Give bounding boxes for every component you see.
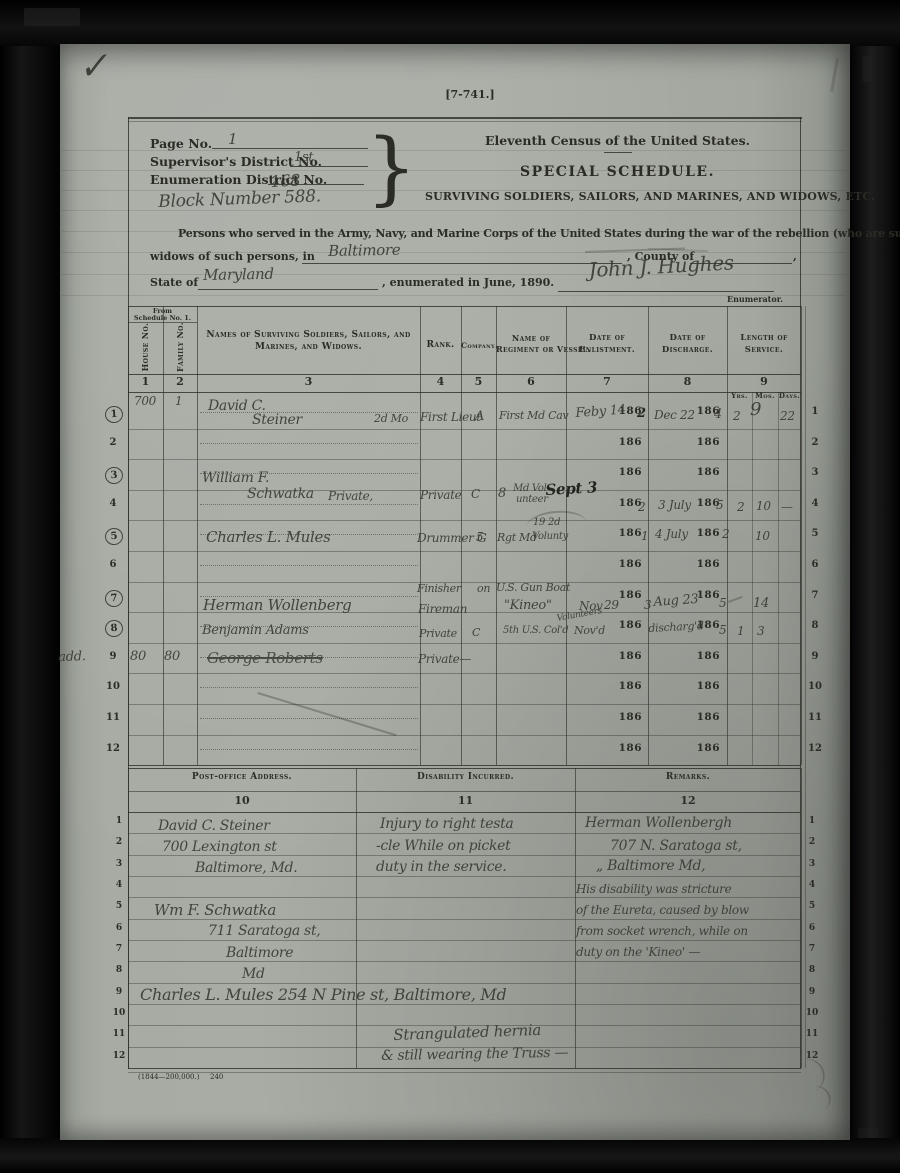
- handwritten-entry: 700 Lexington st: [162, 839, 277, 855]
- name-writing-line: [200, 504, 418, 505]
- table-vline: [801, 306, 802, 765]
- handwritten-entry: Private: [420, 488, 461, 502]
- film-artifact: [862, 56, 872, 82]
- handwritten-entry: 29: [604, 598, 619, 612]
- handwritten-entry: 14: [753, 596, 769, 611]
- handwritten-entry: C: [471, 487, 480, 501]
- handwritten-entry: 4: [714, 407, 722, 422]
- handwritten-entry: Rgt Md: [497, 531, 537, 544]
- handwritten-entry: unteer: [516, 494, 548, 505]
- handwritten-entry: Schwatka: [247, 486, 314, 502]
- column-number: 6: [496, 375, 566, 388]
- col-header-enlist-line1: Date of: [566, 333, 648, 343]
- handwritten-entry: Md: [242, 966, 265, 982]
- col-header-names-line1: Names of Surviving Soldiers, Sailors, an…: [197, 330, 420, 340]
- lower-hline: [128, 791, 801, 792]
- col-header-regiment-line2: Regiment or Vessel.: [496, 344, 566, 354]
- table-hline: [128, 392, 801, 393]
- title-rule: [604, 152, 632, 153]
- lower-row-number-left: 4: [112, 880, 126, 890]
- col-header-house-no: House No.: [140, 317, 150, 377]
- intro-line3-pre: State of: [150, 276, 198, 289]
- scan-ruling-line: [62, 170, 846, 171]
- scan-ruling-line: [62, 150, 846, 151]
- scan-ruling-line: [62, 210, 846, 211]
- row-number-left: 11: [103, 712, 123, 723]
- lower-row-line: [128, 1004, 801, 1005]
- printed-year-enlist: 186: [600, 680, 642, 692]
- table-vline: [752, 392, 753, 765]
- lower-column-number: 12: [575, 794, 801, 807]
- scan-ruling-line: [62, 295, 846, 296]
- lower-row-line: [128, 961, 801, 962]
- lower-row-number-right: 11: [804, 1029, 820, 1039]
- handwritten-entry: 3: [644, 598, 651, 612]
- table-row-line: [128, 490, 801, 491]
- col-header-regiment-line1: Name of: [496, 333, 566, 343]
- handwritten-entry: First Lieut: [420, 410, 481, 424]
- printed-year-discharge: 186: [680, 742, 720, 754]
- printed-year-enlist: 186: [600, 619, 642, 631]
- handwritten-entry: William F.: [202, 470, 269, 486]
- printed-year-enlist: 186: [600, 711, 642, 723]
- handwritten-entry: Benjamin Adams: [202, 623, 309, 638]
- table-row-line: [128, 582, 801, 583]
- column-number: 2: [163, 375, 197, 388]
- column-number: 9: [727, 375, 801, 388]
- handwritten-entry: U.S. Gun Boat: [496, 581, 570, 594]
- printed-year-discharge: 186: [680, 711, 720, 723]
- table-row-line: [128, 429, 801, 430]
- handwritten-entry: 3 July: [658, 498, 691, 512]
- printed-year-discharge: 186: [680, 466, 720, 478]
- header-brace: }: [366, 128, 417, 208]
- handwritten-entry: George Roberts: [207, 649, 323, 667]
- handwritten-entry: Finisher: [417, 582, 461, 595]
- lower-row-number-right: 1: [804, 816, 820, 826]
- lower-row-number-right: 3: [804, 859, 820, 869]
- film-edge-left: [0, 0, 62, 1173]
- table-row-line: [128, 520, 801, 521]
- scan-ruling-line: [62, 231, 846, 232]
- lower-row-number-right: 8: [804, 965, 820, 975]
- handwritten-entry: 80: [130, 649, 146, 664]
- handwritten-entry: Nov'd: [574, 624, 605, 637]
- handwritten-entry: Private—: [418, 652, 471, 666]
- lower-row-number-right: 4: [804, 880, 820, 890]
- table-hline: [128, 322, 197, 323]
- printed-year-discharge: 186: [680, 436, 720, 448]
- col-header-company: Company.: [461, 341, 496, 350]
- handwritten-entry: Baltimore, Md.: [195, 860, 297, 876]
- printed-year-enlist: 186: [600, 742, 642, 754]
- row-number-left: 10: [103, 681, 123, 692]
- column-number: 8: [648, 375, 727, 388]
- table-hline: [128, 765, 801, 766]
- handwritten-entry: Charles L. Mules 254 N Pine st, Baltimor…: [140, 985, 506, 1004]
- scan-ruling-line: [62, 274, 846, 275]
- lower-hline: [128, 768, 801, 769]
- row-number-right: 4: [806, 498, 824, 509]
- schedule-title: SPECIAL SCHEDULE.: [425, 164, 810, 180]
- handwritten-entry: duty in the service.: [376, 859, 506, 875]
- lower-vline: [801, 768, 802, 1068]
- name-writing-line: [200, 718, 418, 719]
- scan-ruling-line: [62, 190, 846, 191]
- film-edge-right: [848, 0, 900, 1173]
- handwritten-entry: His disability was stricture: [576, 882, 731, 896]
- handwritten-entry: 2: [637, 406, 646, 421]
- state-blank: [198, 289, 378, 290]
- form-number: [7-741.]: [420, 88, 520, 101]
- lower-row-number-left: 10: [112, 1008, 126, 1018]
- lower-row-number-left: 9: [112, 987, 126, 997]
- row-number-left: 4: [103, 498, 123, 509]
- city-blank: [302, 263, 622, 264]
- handwritten-entry: 80: [164, 649, 180, 664]
- printed-year-discharge: 186: [680, 680, 720, 692]
- census-title: Eleventh Census of the United States.: [425, 133, 810, 148]
- col-header-discharge-line1: Date of: [648, 333, 727, 343]
- handwritten-entry: 22: [780, 409, 795, 423]
- lower-row-number-left: 3: [112, 859, 126, 869]
- handwritten-entry: 700: [134, 394, 156, 408]
- lower-row-number-left: 2: [112, 837, 126, 847]
- lower-row-line: [128, 897, 801, 898]
- lower-column-number: 11: [356, 794, 575, 807]
- handwritten-entry: 2: [722, 527, 729, 541]
- handwritten-entry: & still wearing the Truss —: [381, 1045, 568, 1064]
- census-scan-page: [7-741.] Page No. Supervisor's District …: [0, 0, 900, 1173]
- supervisor-district-blank: [290, 166, 368, 167]
- table-row-line: [128, 704, 801, 705]
- lower-row-number-right: 10: [804, 1008, 820, 1018]
- handwritten-entry: 5th U.S. Col'd: [503, 625, 568, 636]
- row-number-left: 12: [103, 743, 123, 754]
- table-vline: [778, 392, 779, 765]
- film-artifact: [24, 8, 80, 26]
- name-writing-line: [200, 749, 418, 750]
- handwritten-entry: of the Eureta, caused by blow: [576, 903, 749, 917]
- handwritten-entry: Fireman: [418, 602, 467, 616]
- handwritten-entry: Wm F. Schwatka: [154, 901, 276, 919]
- printed-year-discharge: 186: [680, 650, 720, 662]
- handwritten-entry: 1st: [294, 150, 313, 165]
- col-header-names-line2: Marines, and Widows.: [197, 342, 420, 352]
- handwritten-entry: Aug 23: [653, 592, 699, 610]
- film-edge-top: [0, 0, 900, 46]
- handwritten-entry: "Kineo": [504, 598, 552, 613]
- table-row-line: [128, 643, 801, 644]
- handwritten-entry: 1: [228, 130, 237, 148]
- row-number-right: 11: [806, 712, 824, 723]
- handwritten-entry: 5: [716, 498, 723, 512]
- table-hline: [128, 306, 801, 307]
- film-edge-bottom: [0, 1138, 900, 1173]
- lower-row-number-left: 6: [112, 923, 126, 933]
- col-header-service-line1: Length of: [727, 333, 801, 343]
- column-number: 5: [461, 375, 496, 388]
- lower-row-number-right: 5: [804, 901, 820, 911]
- row-number-right: 8: [806, 620, 824, 631]
- row-number-right: 10: [806, 681, 824, 692]
- lower-header-address: Post-office Address.: [128, 772, 356, 782]
- page-no-blank: [212, 148, 368, 149]
- column-number: 1: [128, 375, 163, 388]
- lower-hline: [128, 812, 801, 813]
- handwritten-entry: David C. Steiner: [158, 818, 270, 834]
- lower-row-line: [128, 876, 801, 877]
- printed-year-discharge: 186: [680, 558, 720, 570]
- handwritten-entry: on: [477, 582, 490, 595]
- table-row-line: [128, 551, 801, 552]
- handwritten-entry: Charles L. Mules: [206, 528, 330, 546]
- handwritten-entry: 5: [719, 596, 726, 610]
- col-header-rank: Rank.: [420, 340, 461, 350]
- handwritten-entry: 3: [757, 624, 764, 638]
- row-number-right: 1: [806, 406, 824, 417]
- handwritten-entry: 4 July: [655, 527, 688, 541]
- lower-row-number-left: 5: [112, 901, 126, 911]
- handwritten-entry: A: [475, 409, 484, 424]
- row-number-right: 2: [806, 437, 824, 448]
- print-code: (1844—200,000.): [138, 1073, 199, 1081]
- intro-line1: Persons who served in the Army, Navy, an…: [178, 227, 900, 240]
- row-number-right: 3: [806, 467, 824, 478]
- lower-row-number-right: 6: [804, 923, 820, 933]
- handwritten-entry: First Md Cav: [499, 409, 568, 422]
- handwritten-entry: from socket wrench, while on: [576, 924, 748, 938]
- schedule-subtitle: SURVIVING SOLDIERS, SAILORS, AND MARINES…: [425, 190, 810, 203]
- lower-column-number: 10: [128, 794, 356, 807]
- table-row-line: [128, 673, 801, 674]
- handwritten-entry: 8: [498, 486, 506, 501]
- handwritten-entry: 2: [638, 500, 645, 514]
- col-header-family-no: Family No.: [175, 317, 185, 377]
- col-header-enlist-line2: Enlistment.: [566, 345, 648, 355]
- row-number-left: 9: [103, 651, 123, 662]
- lower-row-number-left: 7: [112, 944, 126, 954]
- handwritten-entry: 707 N. Saratoga st,: [610, 838, 742, 854]
- printed-year-enlist: 186: [600, 466, 642, 478]
- lower-hline: [128, 1072, 801, 1073]
- printed-year-enlist: 186: [600, 436, 642, 448]
- col-header-service-line2: Service.: [727, 345, 801, 355]
- name-writing-line: [200, 443, 418, 444]
- handwritten-entry: ✓: [76, 45, 110, 89]
- column-number: 7: [566, 375, 648, 388]
- lower-row-line: [128, 983, 801, 984]
- row-number-left: 2: [103, 437, 123, 448]
- handwritten-entry: -cle While on picket: [376, 838, 510, 854]
- handwritten-entry: duty on the 'Kineo' —: [576, 945, 700, 959]
- page-no-label: Page No.: [150, 136, 212, 151]
- row-number-right: 7: [806, 590, 824, 601]
- handwritten-entry: Baltimore: [328, 241, 401, 260]
- handwritten-entry: Private,: [328, 489, 373, 503]
- handwritten-entry: Steiner: [252, 412, 302, 428]
- handwritten-entry: 2: [733, 409, 740, 423]
- signature-rule: [558, 291, 774, 292]
- handwritten-entry: 5: [476, 530, 483, 544]
- lower-header-remarks: Remarks.: [575, 772, 801, 782]
- name-writing-line: [200, 687, 418, 688]
- row-number-right: 5: [806, 528, 824, 539]
- handwritten-entry: 2: [737, 500, 744, 514]
- handwritten-entry: Injury to right testa: [380, 816, 513, 832]
- scan-ruling-line: [62, 252, 846, 253]
- table-row-line: [128, 459, 801, 460]
- row-number-right: 6: [806, 559, 824, 570]
- handwritten-entry: Herman Wollenberg: [203, 596, 351, 614]
- handwritten-entry: 1: [641, 529, 648, 543]
- handwritten-entry: „ Baltimore Md,: [596, 858, 705, 874]
- printed-year-enlist: 186: [600, 558, 642, 570]
- printed-year-enlist: 186: [600, 527, 642, 539]
- lower-row-number-right: 2: [804, 837, 820, 847]
- handwritten-entry: 2d Mo: [374, 412, 408, 425]
- handwritten-entry: Dec 22: [654, 408, 695, 422]
- lower-row-number-left: 12: [112, 1051, 126, 1061]
- handwritten-entry: 10: [756, 499, 771, 513]
- lower-hline: [128, 1068, 801, 1069]
- handwritten-entry: 9: [750, 399, 761, 420]
- handwritten-entry: 10: [755, 529, 770, 543]
- handwritten-entry: Baltimore: [226, 945, 293, 961]
- handwritten-entry: 711 Saratoga st,: [208, 923, 320, 939]
- handwritten-entry: Volunty: [532, 531, 568, 542]
- intro-line3-mid: , enumerated in June, 1890.: [382, 276, 554, 289]
- film-artifact: [858, 1128, 878, 1138]
- lower-row-number-right: 9: [804, 987, 820, 997]
- lower-row-number-right: 7: [804, 944, 820, 954]
- table-row-line: [128, 735, 801, 736]
- lower-row-line: [128, 940, 801, 941]
- handwritten-entry: Md Vol-: [513, 483, 550, 494]
- box-border: [128, 121, 802, 122]
- lower-row-number-left: 1: [112, 816, 126, 826]
- row-number-right: 9: [806, 651, 824, 662]
- column-number: 3: [197, 375, 420, 388]
- handwritten-entry: C: [472, 626, 480, 639]
- handwritten-entry: 1: [737, 624, 744, 638]
- row-number-right: 12: [806, 743, 824, 754]
- printed-year-enlist: 186: [600, 650, 642, 662]
- handwritten-entry: add.: [58, 649, 86, 665]
- col-header-discharge-line2: Discharge.: [648, 345, 727, 355]
- box-border: [128, 117, 802, 119]
- handwritten-entry: Sept 3: [545, 478, 598, 499]
- name-writing-line: [200, 565, 418, 566]
- column-number: 4: [420, 375, 461, 388]
- handwritten-entry: —: [781, 500, 793, 514]
- lower-row-number-left: 8: [112, 965, 126, 975]
- printed-year-enlist: 186: [600, 497, 642, 509]
- handwritten-entry: Private: [419, 627, 457, 640]
- handwritten-entry: Herman Wollenbergh: [585, 815, 732, 831]
- lower-header-disability: Disability Incurred.: [356, 772, 575, 782]
- handwritten-entry: 1: [175, 394, 182, 408]
- handwritten-entry: 5: [719, 623, 726, 637]
- row-number-left: 6: [103, 559, 123, 570]
- lower-row-number-left: 11: [112, 1029, 126, 1039]
- print-number: 240: [210, 1073, 223, 1081]
